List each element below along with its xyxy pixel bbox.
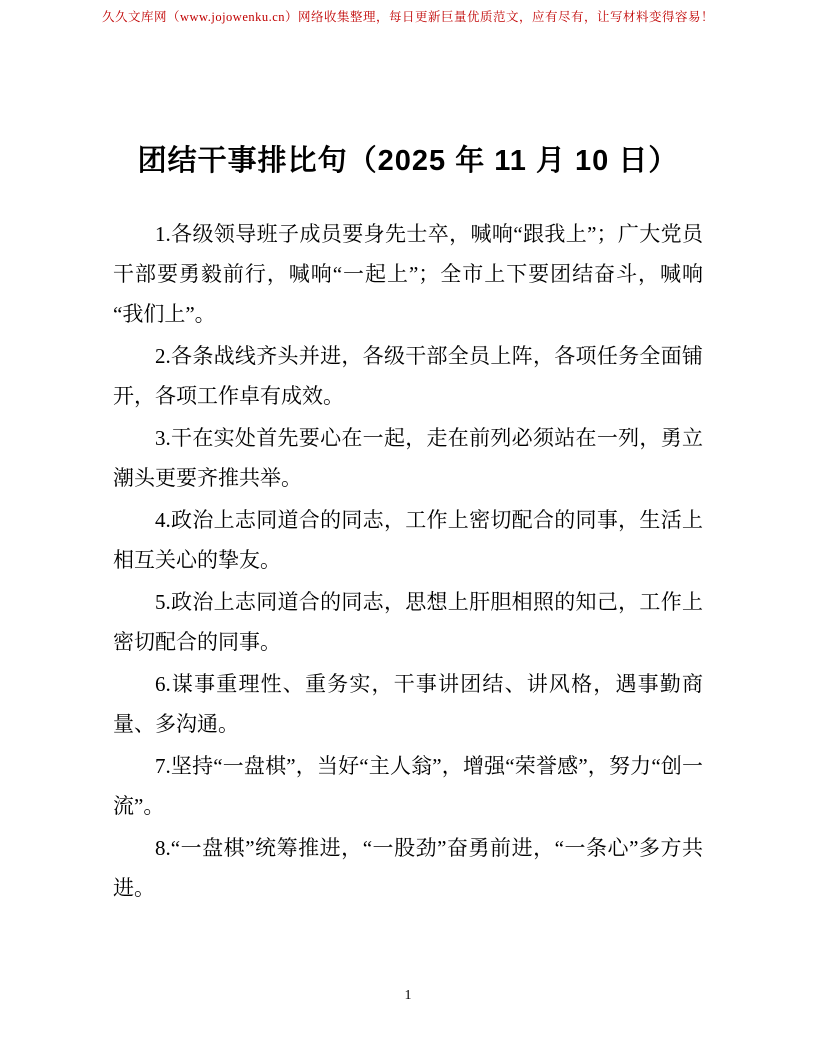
document-body: 团结干事排比句（2025 年 11 月 10 日） 1.各级领导班子成员要身先士… (113, 140, 703, 910)
paragraph-2: 2.各条战线齐头并进，各级干部全员上阵，各项任务全面铺开，各项工作卓有成效。 (113, 336, 703, 416)
paragraph-5: 5.政治上志同道合的同志，思想上肝胆相照的知己，工作上密切配合的同事。 (113, 582, 703, 662)
paragraph-6: 6.谋事重理性、重务实，干事讲团结、讲风格，遇事勤商量、多沟通。 (113, 664, 703, 744)
paragraph-1: 1.各级领导班子成员要身先士卒，喊响“跟我上”；广大党员干部要勇毅前行，喊响“一… (113, 214, 703, 334)
paragraph-8: 8.“一盘棋”统筹推进，“一股劲”奋勇前进，“一条心”多方共进。 (113, 828, 703, 908)
watermark-header: 久久文库网（www.jojowenku.cn）网络收集整理，每日更新巨量优质范文… (0, 7, 816, 25)
document-page: 久久文库网（www.jojowenku.cn）网络收集整理，每日更新巨量优质范文… (0, 0, 816, 1056)
document-title: 团结干事排比句（2025 年 11 月 10 日） (113, 140, 703, 182)
paragraph-7: 7.坚持“一盘棋”，当好“主人翁”，增强“荣誉感”，努力“创一流”。 (113, 746, 703, 826)
page-number: 1 (0, 988, 816, 1004)
paragraph-3: 3.干在实处首先要心在一起，走在前列必须站在一列，勇立潮头更要齐推共举。 (113, 418, 703, 498)
paragraph-4: 4.政治上志同道合的同志，工作上密切配合的同事，生活上相互关心的挚友。 (113, 500, 703, 580)
